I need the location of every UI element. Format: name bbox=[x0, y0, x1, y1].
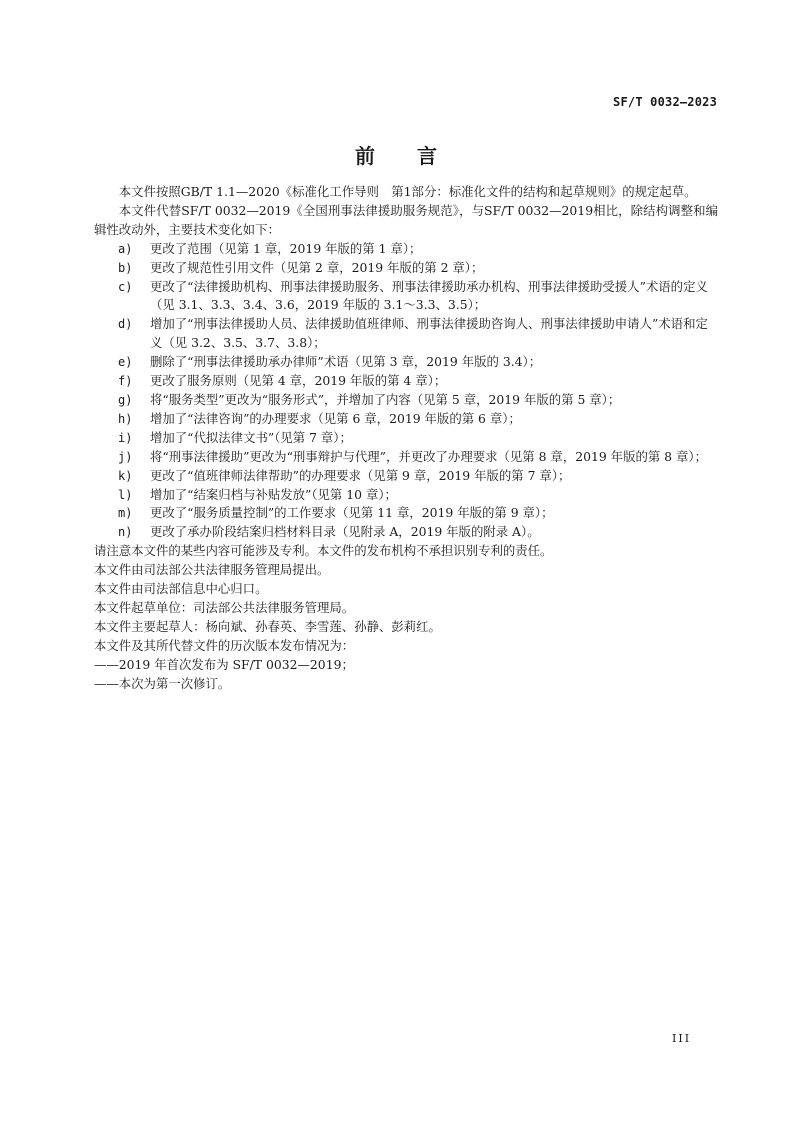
list-item: m)更改了“服务质量控制”的工作要求（见第 11 章，2019 年版的第 9 章… bbox=[94, 504, 718, 523]
list-item: g)将“服务类型”更改为“服务形式”，并增加了内容（见第 5 章，2019 年版… bbox=[94, 391, 718, 410]
list-item-text: 更改了规范性引用文件（见第 2 章，2019 年版的第 2 章）； bbox=[150, 259, 718, 278]
list-item-text: 更改了范围（见第 1 章，2019 年版的第 1 章）； bbox=[150, 240, 718, 259]
list-item-label: c) bbox=[118, 278, 150, 316]
list-item-text: 增加了“结案归档与补贴发放”（见第 10 章）； bbox=[150, 486, 718, 505]
list-item: h)增加了“法律咨询”的办理要求（见第 6 章，2019 年版的第 6 章）； bbox=[94, 410, 718, 429]
main-drafters: 本文件主要起草人：杨向斌、孙春英、李雪莲、孙静、彭莉红。 bbox=[94, 618, 718, 637]
proposer-statement: 本文件由司法部公共法律服务管理局提出。 bbox=[94, 561, 718, 580]
paragraph-replacement: 本文件代替SF/T 0032—2019《全国刑事法律援助服务规范》，与SF/T … bbox=[94, 202, 718, 240]
list-item: b)更改了规范性引用文件（见第 2 章，2019 年版的第 2 章）； bbox=[94, 259, 718, 278]
list-item-text: 将“服务类型”更改为“服务形式”，并增加了内容（见第 5 章，2019 年版的第… bbox=[150, 391, 718, 410]
version-history-item: ——本次为第一次修订。 bbox=[94, 675, 718, 694]
list-item-text: 将“刑事法律援助”更改为“刑事辩护与代理”，并更改了办理要求（见第 8 章，20… bbox=[150, 448, 718, 467]
list-item: a)更改了范围（见第 1 章，2019 年版的第 1 章）； bbox=[94, 240, 718, 259]
document-body: 本文件按照GB/T 1.1—2020《标准化工作导则 第1部分：标准化文件的结构… bbox=[94, 183, 718, 693]
list-item-label: k) bbox=[118, 467, 150, 486]
list-item-text: 更改了“服务质量控制”的工作要求（见第 11 章，2019 年版的第 9 章）； bbox=[150, 504, 718, 523]
administrator-statement: 本文件由司法部信息中心归口。 bbox=[94, 580, 718, 599]
list-item-label: d) bbox=[118, 315, 150, 353]
list-item-text: 增加了“代拟法律文书”（见第 7 章）； bbox=[150, 429, 718, 448]
document-code: SF/T 0032—2023 bbox=[613, 95, 717, 109]
list-item-text: 更改了服务原则（见第 4 章，2019 年版的第 4 章）； bbox=[150, 372, 718, 391]
list-item-label: i) bbox=[118, 429, 150, 448]
list-item: d)增加了“刑事法律援助人员、法律援助值班律师、刑事法律援助咨询人、刑事法律援助… bbox=[94, 315, 718, 353]
list-item-text: 增加了“刑事法律援助人员、法律援助值班律师、刑事法律援助咨询人、刑事法律援助申请… bbox=[150, 315, 718, 353]
changes-list: a)更改了范围（见第 1 章，2019 年版的第 1 章）； b)更改了规范性引… bbox=[94, 240, 718, 543]
list-item-text: 删除了“刑事法律援助承办律师”术语（见第 3 章，2019 年版的 3.4）； bbox=[150, 353, 718, 372]
drafting-unit: 本文件起草单位：司法部公共法律服务管理局。 bbox=[94, 599, 718, 618]
list-item-label: h) bbox=[118, 410, 150, 429]
list-item-label: l) bbox=[118, 486, 150, 505]
version-history-item: ——2019 年首次发布为 SF/T 0032—2019； bbox=[94, 656, 718, 675]
page-title: 前言 bbox=[0, 140, 794, 169]
list-item-text: 更改了“法律援助机构、刑事法律援助服务、刑事法律援助承办机构、刑事法律援助受援人… bbox=[150, 278, 718, 316]
list-item: i)增加了“代拟法律文书”（见第 7 章）； bbox=[94, 429, 718, 448]
list-item: n)更改了承办阶段结案归档材料目录（见附录 A，2019 年版的附录 A）。 bbox=[94, 523, 718, 542]
page-number: III bbox=[672, 1032, 691, 1045]
patent-notice: 请注意本文件的某些内容可能涉及专利。本文件的发布机构不承担识别专利的责任。 bbox=[94, 542, 718, 561]
list-item: e)删除了“刑事法律援助承办律师”术语（见第 3 章，2019 年版的 3.4）… bbox=[94, 353, 718, 372]
list-item-label: g) bbox=[118, 391, 150, 410]
title-char-1: 前 bbox=[355, 144, 377, 168]
list-item: c)更改了“法律援助机构、刑事法律援助服务、刑事法律援助承办机构、刑事法律援助受… bbox=[94, 278, 718, 316]
list-item-text: 更改了承办阶段结案归档材料目录（见附录 A，2019 年版的附录 A）。 bbox=[150, 523, 718, 542]
list-item-label: m) bbox=[118, 504, 150, 523]
title-char-2: 言 bbox=[417, 144, 439, 168]
paragraph-drafting-rules: 本文件按照GB/T 1.1—2020《标准化工作导则 第1部分：标准化文件的结构… bbox=[94, 183, 718, 202]
list-item-label: j) bbox=[118, 448, 150, 467]
list-item-text: 更改了“值班律师法律帮助”的办理要求（见第 9 章，2019 年版的第 7 章）… bbox=[150, 467, 718, 486]
list-item-label: b) bbox=[118, 259, 150, 278]
list-item-label: a) bbox=[118, 240, 150, 259]
list-item: j)将“刑事法律援助”更改为“刑事辩护与代理”，并更改了办理要求（见第 8 章，… bbox=[94, 448, 718, 467]
version-history-heading: 本文件及其所代替文件的历次版本发布情况为： bbox=[94, 637, 718, 656]
list-item: f)更改了服务原则（见第 4 章，2019 年版的第 4 章）； bbox=[94, 372, 718, 391]
list-item-label: f) bbox=[118, 372, 150, 391]
list-item-label: e) bbox=[118, 353, 150, 372]
list-item-text: 增加了“法律咨询”的办理要求（见第 6 章，2019 年版的第 6 章）； bbox=[150, 410, 718, 429]
list-item-label: n) bbox=[118, 523, 150, 542]
list-item: k)更改了“值班律师法律帮助”的办理要求（见第 9 章，2019 年版的第 7 … bbox=[94, 467, 718, 486]
list-item: l)增加了“结案归档与补贴发放”（见第 10 章）； bbox=[94, 486, 718, 505]
